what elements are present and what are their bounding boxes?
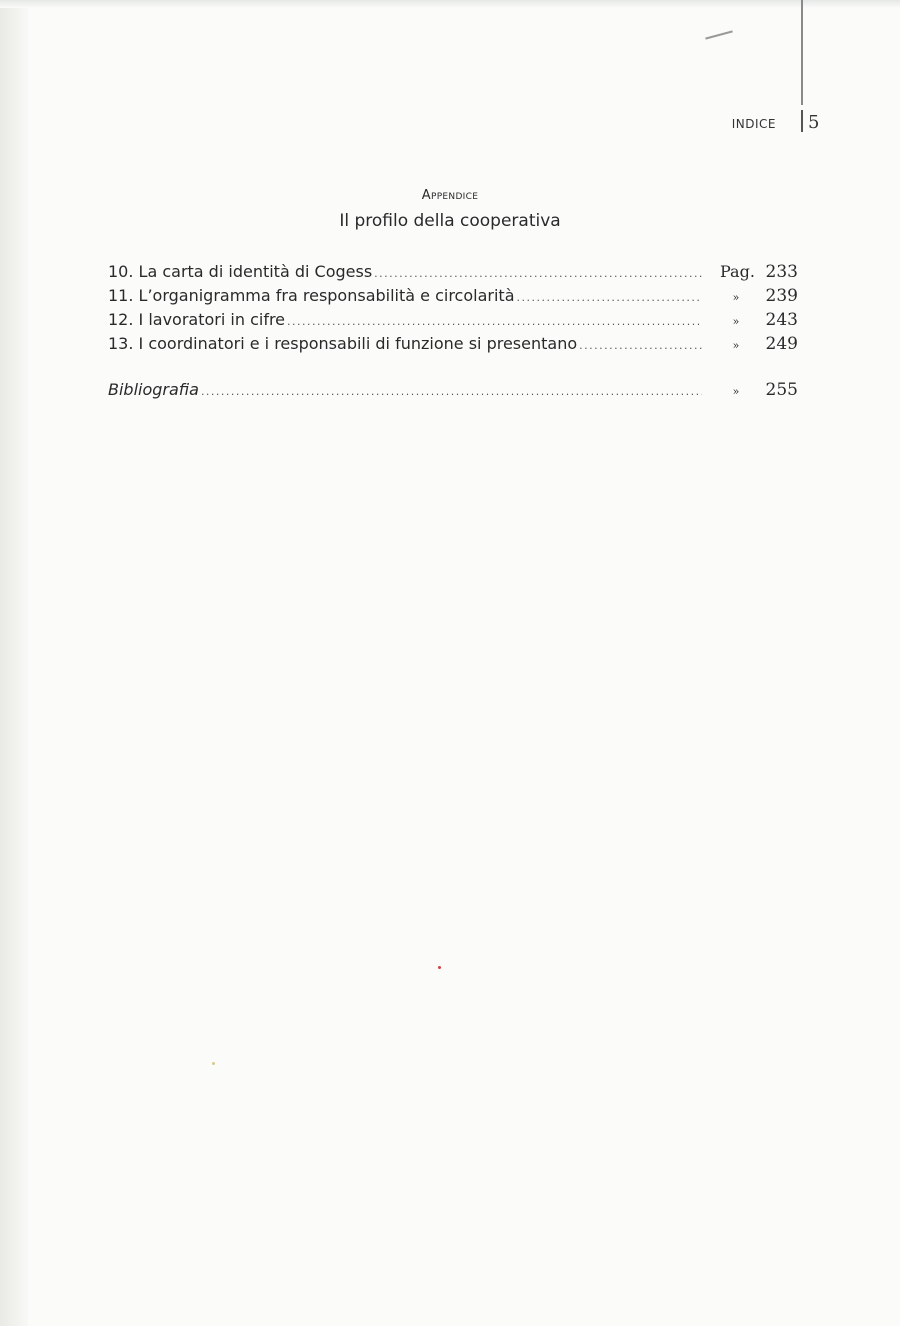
toc-entry[interactable]: 10. La carta di identità di Cogess .....… [108,262,798,286]
toc-entry-title: Bibliografia [108,380,201,399]
toc-entry[interactable]: 12. I lavoratori in cifre ..............… [108,310,798,334]
toc-entry[interactable]: 13. I coordinatori e i responsabili di f… [108,334,798,358]
toc-entry-prefix: » [720,291,762,304]
appendix-title: Il profilo della cooperativa [0,211,900,231]
leader-dots: ........................................… [579,339,702,352]
page-top-edge [0,0,900,8]
toc-entry[interactable]: 11. L’organigramma fra responsabilità e … [108,286,798,310]
margin-rule [801,0,803,105]
appendix-label: Appendice [0,188,900,203]
toc-entry-title: 13. I coordinatori e i responsabili di f… [108,334,579,353]
toc-entry-prefix: » [720,315,762,328]
scan-speck [438,966,441,969]
toc-entry-page: 239 [762,286,798,306]
toc-entry-title: 11. L’organigramma fra responsabilità e … [108,286,517,305]
leader-dots: ........................................… [517,291,703,304]
leader-dots: ........................................… [374,267,702,280]
leader-dots: ........................................… [287,315,702,328]
toc-entry-title: 12. I lavoratori in cifre [108,310,287,329]
pen-mark [705,30,733,39]
running-header: INDICE 5 [700,112,820,136]
toc-entry-page: 255 [762,380,798,400]
toc-entry-page: 243 [762,310,798,330]
table-of-contents: 10. La carta di identità di Cogess .....… [108,262,798,404]
toc-entry-bibliography[interactable]: Bibliografia ...........................… [108,380,798,404]
header-section-label: INDICE [732,117,776,131]
toc-entry-prefix: » [720,385,762,398]
toc-entry-prefix: Pag. [720,262,762,281]
scan-speck [212,1062,215,1065]
toc-entry-page: 249 [762,334,798,354]
header-page-number: 5 [808,112,819,133]
toc-entry-prefix: » [720,339,762,352]
toc-entry-title: 10. La carta di identità di Cogess [108,262,374,281]
leader-dots: ........................................… [201,385,702,398]
toc-entry-page: 233 [762,262,798,282]
